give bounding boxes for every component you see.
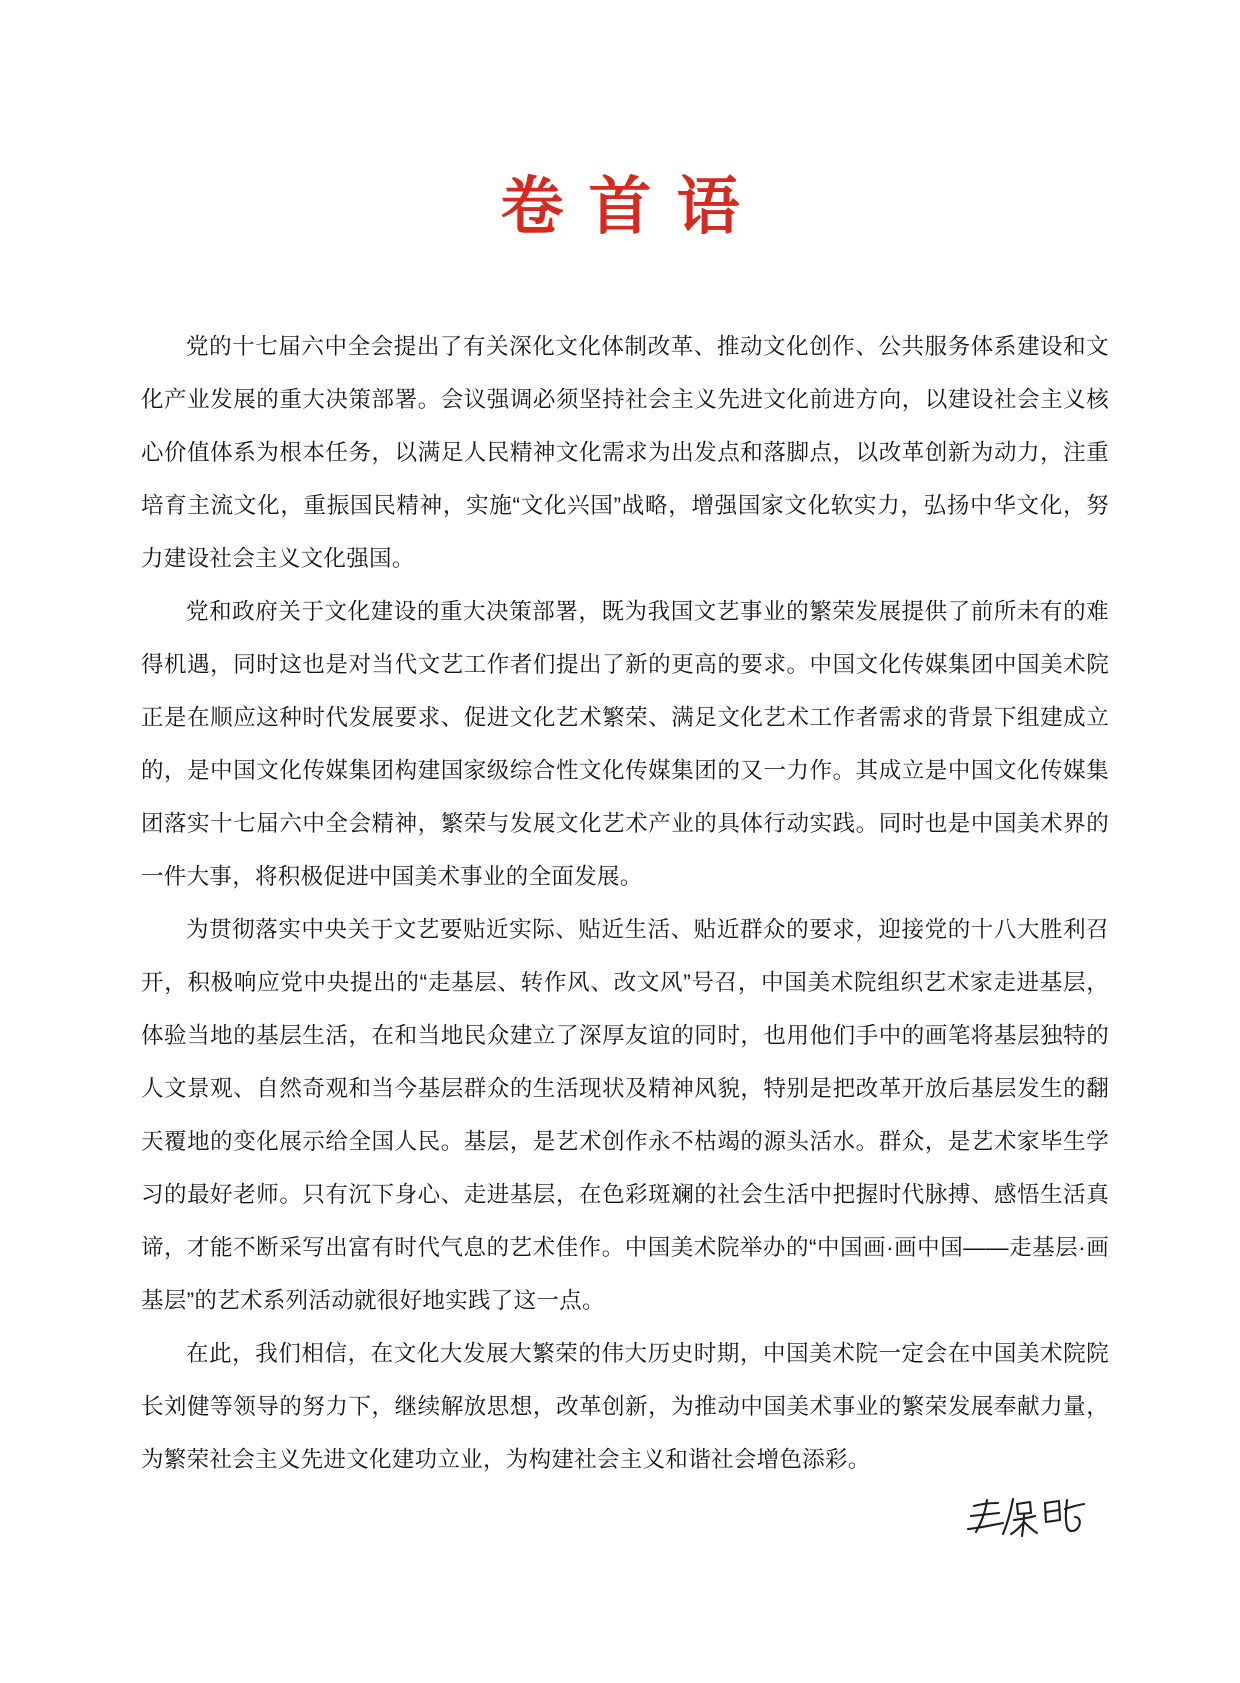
paragraph-3: 为贯彻落实中央关于文艺要贴近实际、贴近生活、贴近群众的要求，迎接党的十八大胜利召… [141,903,1109,1327]
paragraph-2: 党和政府关于文化建设的重大决策部署，既为我国文艺事业的繁荣发展提供了前所未有的难… [141,585,1109,903]
page-title: 卷首语 [0,172,1240,242]
signature [966,1490,1096,1546]
paragraph-1: 党的十七届六中全会提出了有关深化文化体制改革、推动文化创作、公共服务体系建设和文… [141,320,1109,585]
body-text: 党的十七届六中全会提出了有关深化文化体制改革、推动文化创作、公共服务体系建设和文… [141,320,1109,1486]
foreword-page: 卷首语 党的十七届六中全会提出了有关深化文化体制改革、推动文化创作、公共服务体系… [0,0,1240,1683]
signature-handwriting-icon [966,1490,1096,1546]
paragraph-4: 在此，我们相信，在文化大发展大繁荣的伟大历史时期，中国美术院一定会在中国美术院院… [141,1327,1109,1486]
